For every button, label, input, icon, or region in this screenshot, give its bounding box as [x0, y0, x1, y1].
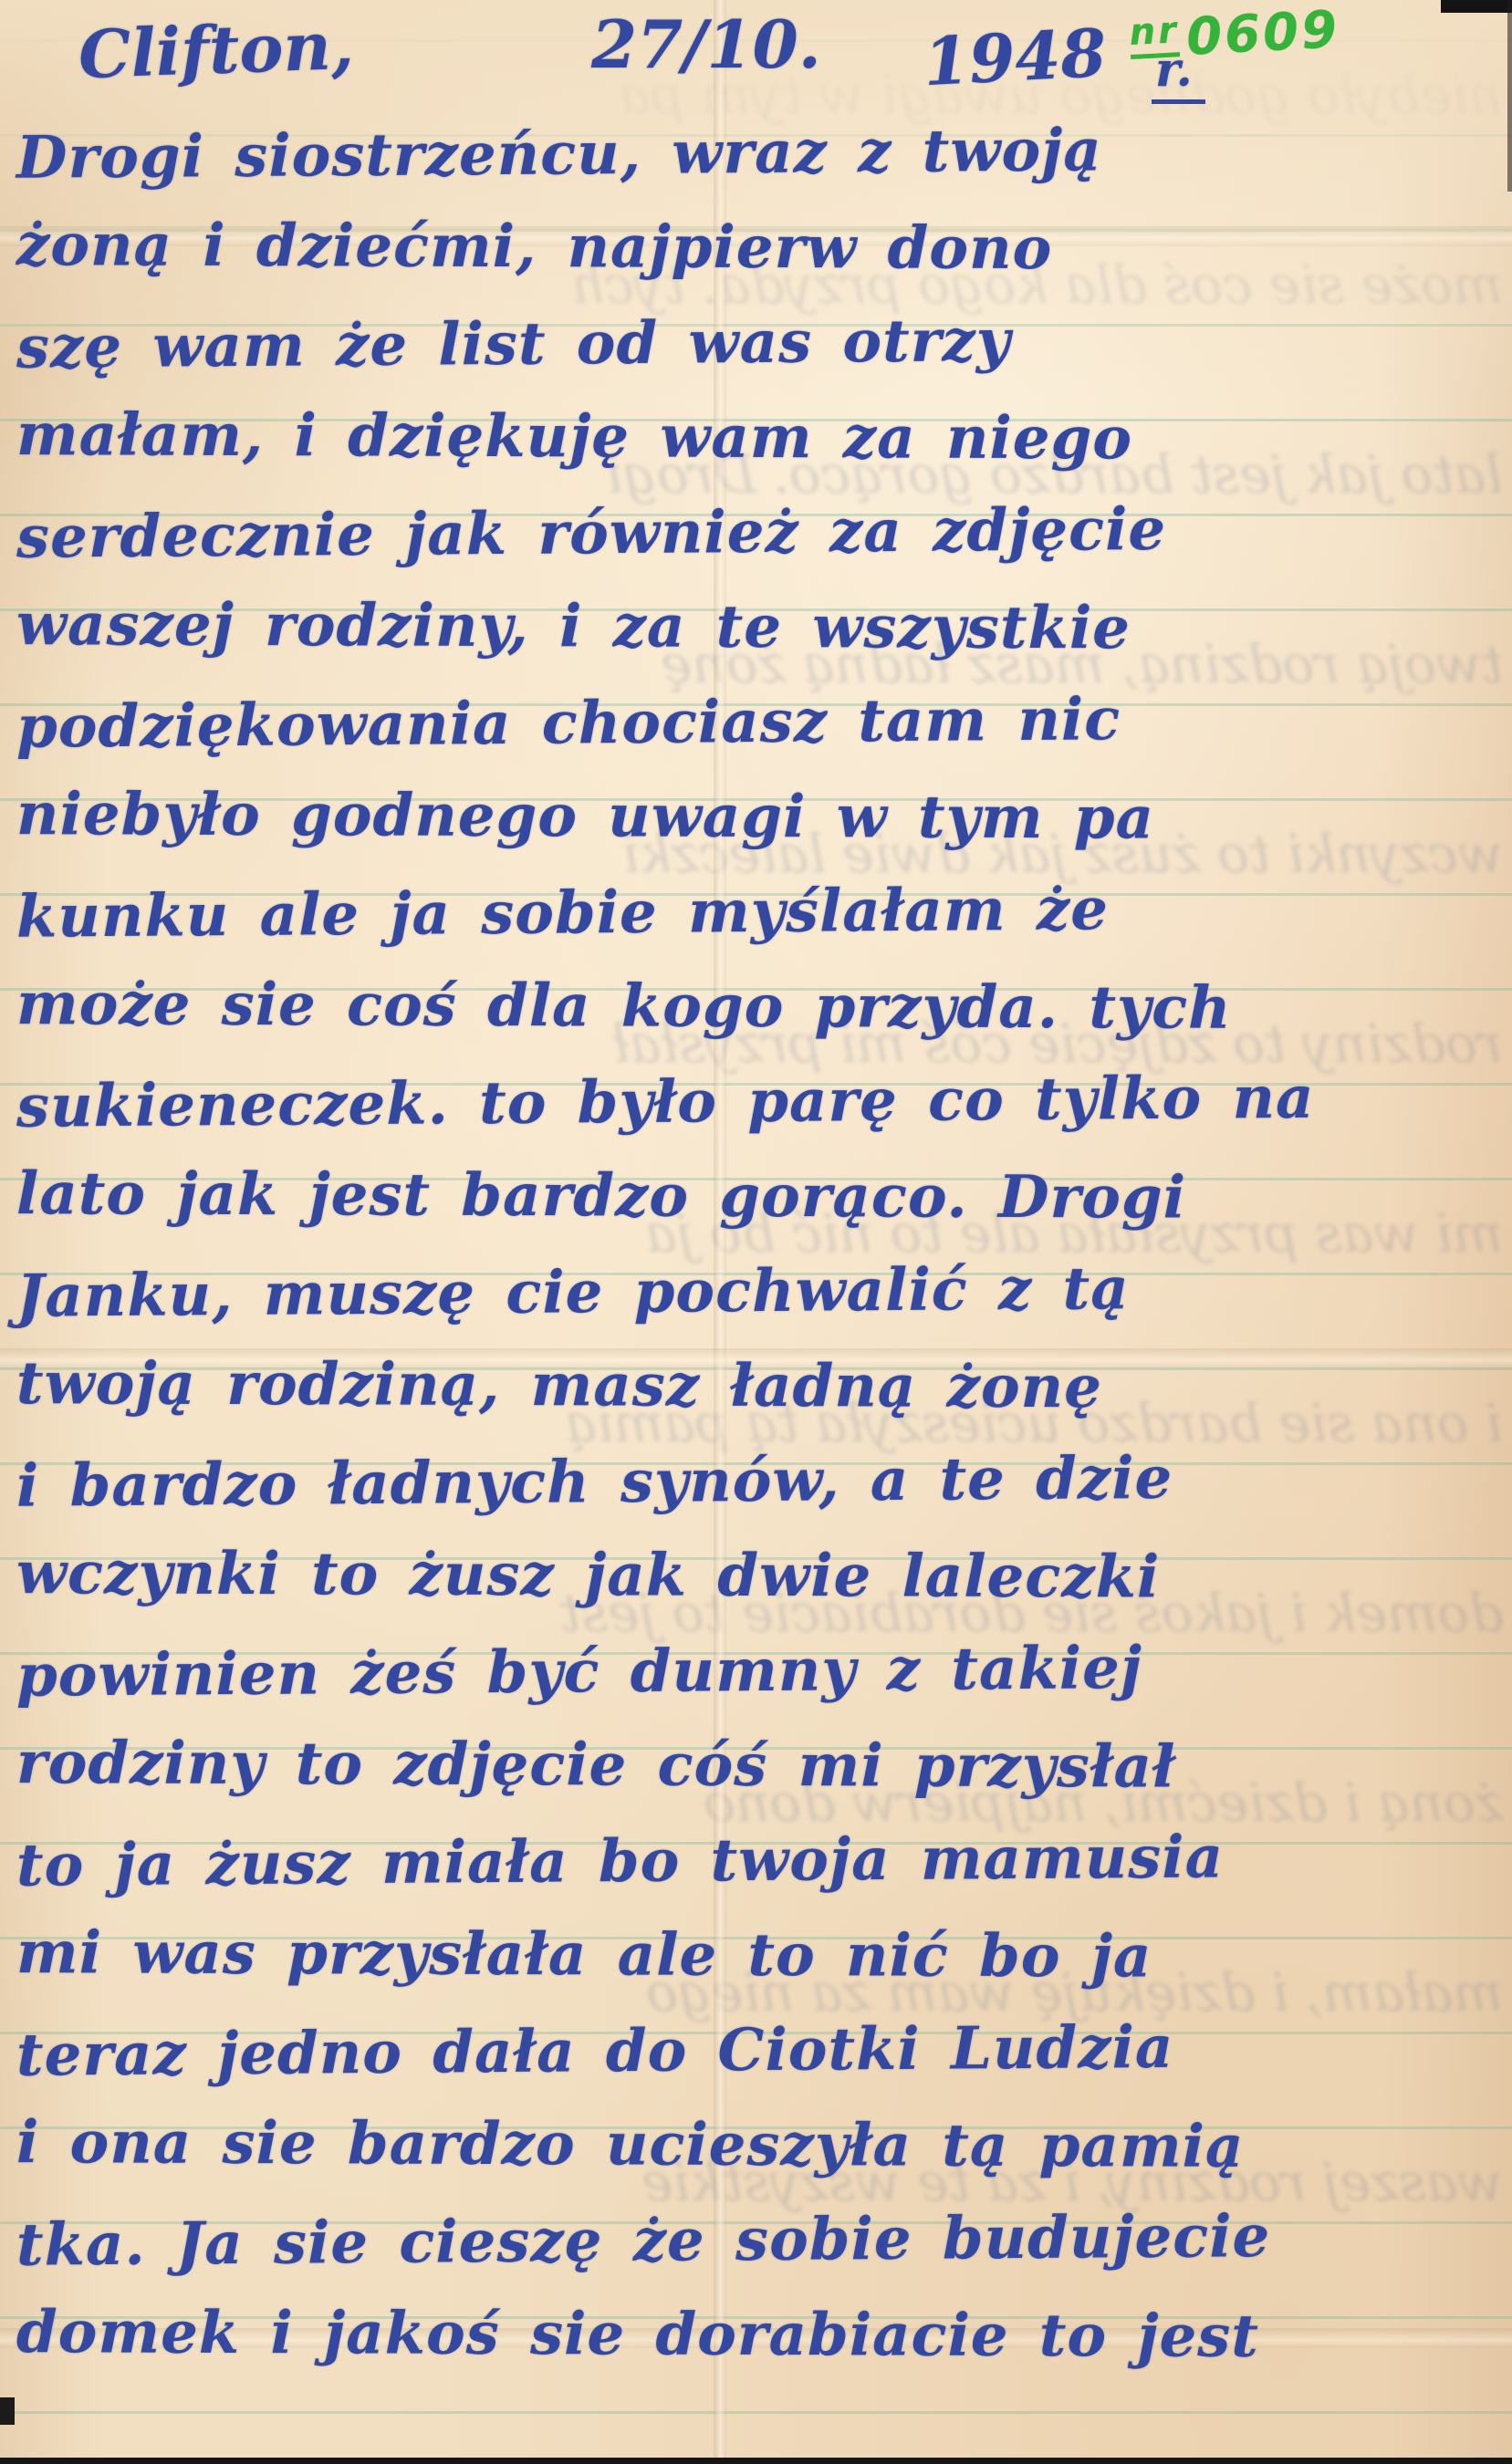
letter-line: domek i jakoś sie dorabiacie to jest: [16, 2285, 1507, 2386]
letter-line: waszej rodziny, i za te wszystkie: [16, 577, 1507, 678]
letter-line: wczynki to żusz jak dwie laleczki: [16, 1526, 1507, 1627]
letter-line: szę wam że list od was otrzy: [16, 290, 1507, 395]
letter-line: twoją rodziną, masz ładną żonę: [16, 1336, 1507, 1437]
dateline-year: 1948: [922, 14, 1109, 100]
letter-line: to ja żusz miała bo twoja mamusia: [16, 1808, 1507, 1913]
dateline: Clifton, 27/10. 1948 r.: [0, 5, 1512, 106]
letter-line: podziękowania chociasz tam nic: [16, 670, 1507, 775]
letter-line: żoną i dziećmi, najpierw dono: [16, 198, 1507, 298]
dateline-date: 27/10.: [591, 5, 821, 83]
letter-line: mi was przysłała ale to nić bo ja: [16, 1906, 1507, 2006]
scan-edge-mark: [0, 2458, 1512, 2464]
letter-line: Janku, muszę cie pochwalić z tą: [16, 1239, 1507, 1344]
letter-line: serdecznie jak również za zdjęcie: [16, 480, 1507, 585]
scan-edge-mark: [1507, 0, 1512, 192]
letter-line: Drogi siostrzeńcu, wraz z twoją: [16, 100, 1507, 205]
letter-line: i bardzo ładnych synów, a te dzie: [16, 1429, 1507, 1534]
scan-edge-mark: [0, 2397, 15, 2425]
letter-line: lato jak jest bardzo gorąco. Drogi: [16, 1147, 1507, 1247]
letter-line: może sie coś dla kogo przyda. tych: [16, 957, 1507, 1057]
letter-line: sukieneczek. to było parę co tylko na: [16, 1049, 1507, 1154]
dateline-year-suffix: r.: [1152, 42, 1205, 104]
letter-line: powinien żeś być dumny z takiej: [16, 1618, 1507, 1723]
letter-body: Drogi siostrzeńcu, wraz z twojążoną i dz…: [16, 106, 1507, 2383]
letter-page: niebyło godnego uwagi w tym pamoże sie c…: [0, 0, 1512, 2464]
letter-line: teraz jedno dała do Ciotki Ludzia: [16, 1998, 1507, 2103]
letter-line: rodziny to zdjęcie cóś mi przysłał: [16, 1716, 1507, 1816]
dateline-place: Clifton,: [78, 6, 355, 93]
letter-line: małam, i dziękuję wam za niego: [16, 388, 1507, 488]
letter-line: kunku ale ja sobie myślałam że: [16, 859, 1507, 964]
letter-line: i ona sie bardzo ucieszyła tą pamią: [16, 2095, 1507, 2196]
letter-line: tka. Ja sie cieszę że sobie budujecie: [16, 2188, 1507, 2292]
scan-edge-mark: [1441, 0, 1512, 13]
letter-line: niebyło godnego uwagi w tym pa: [16, 767, 1507, 868]
